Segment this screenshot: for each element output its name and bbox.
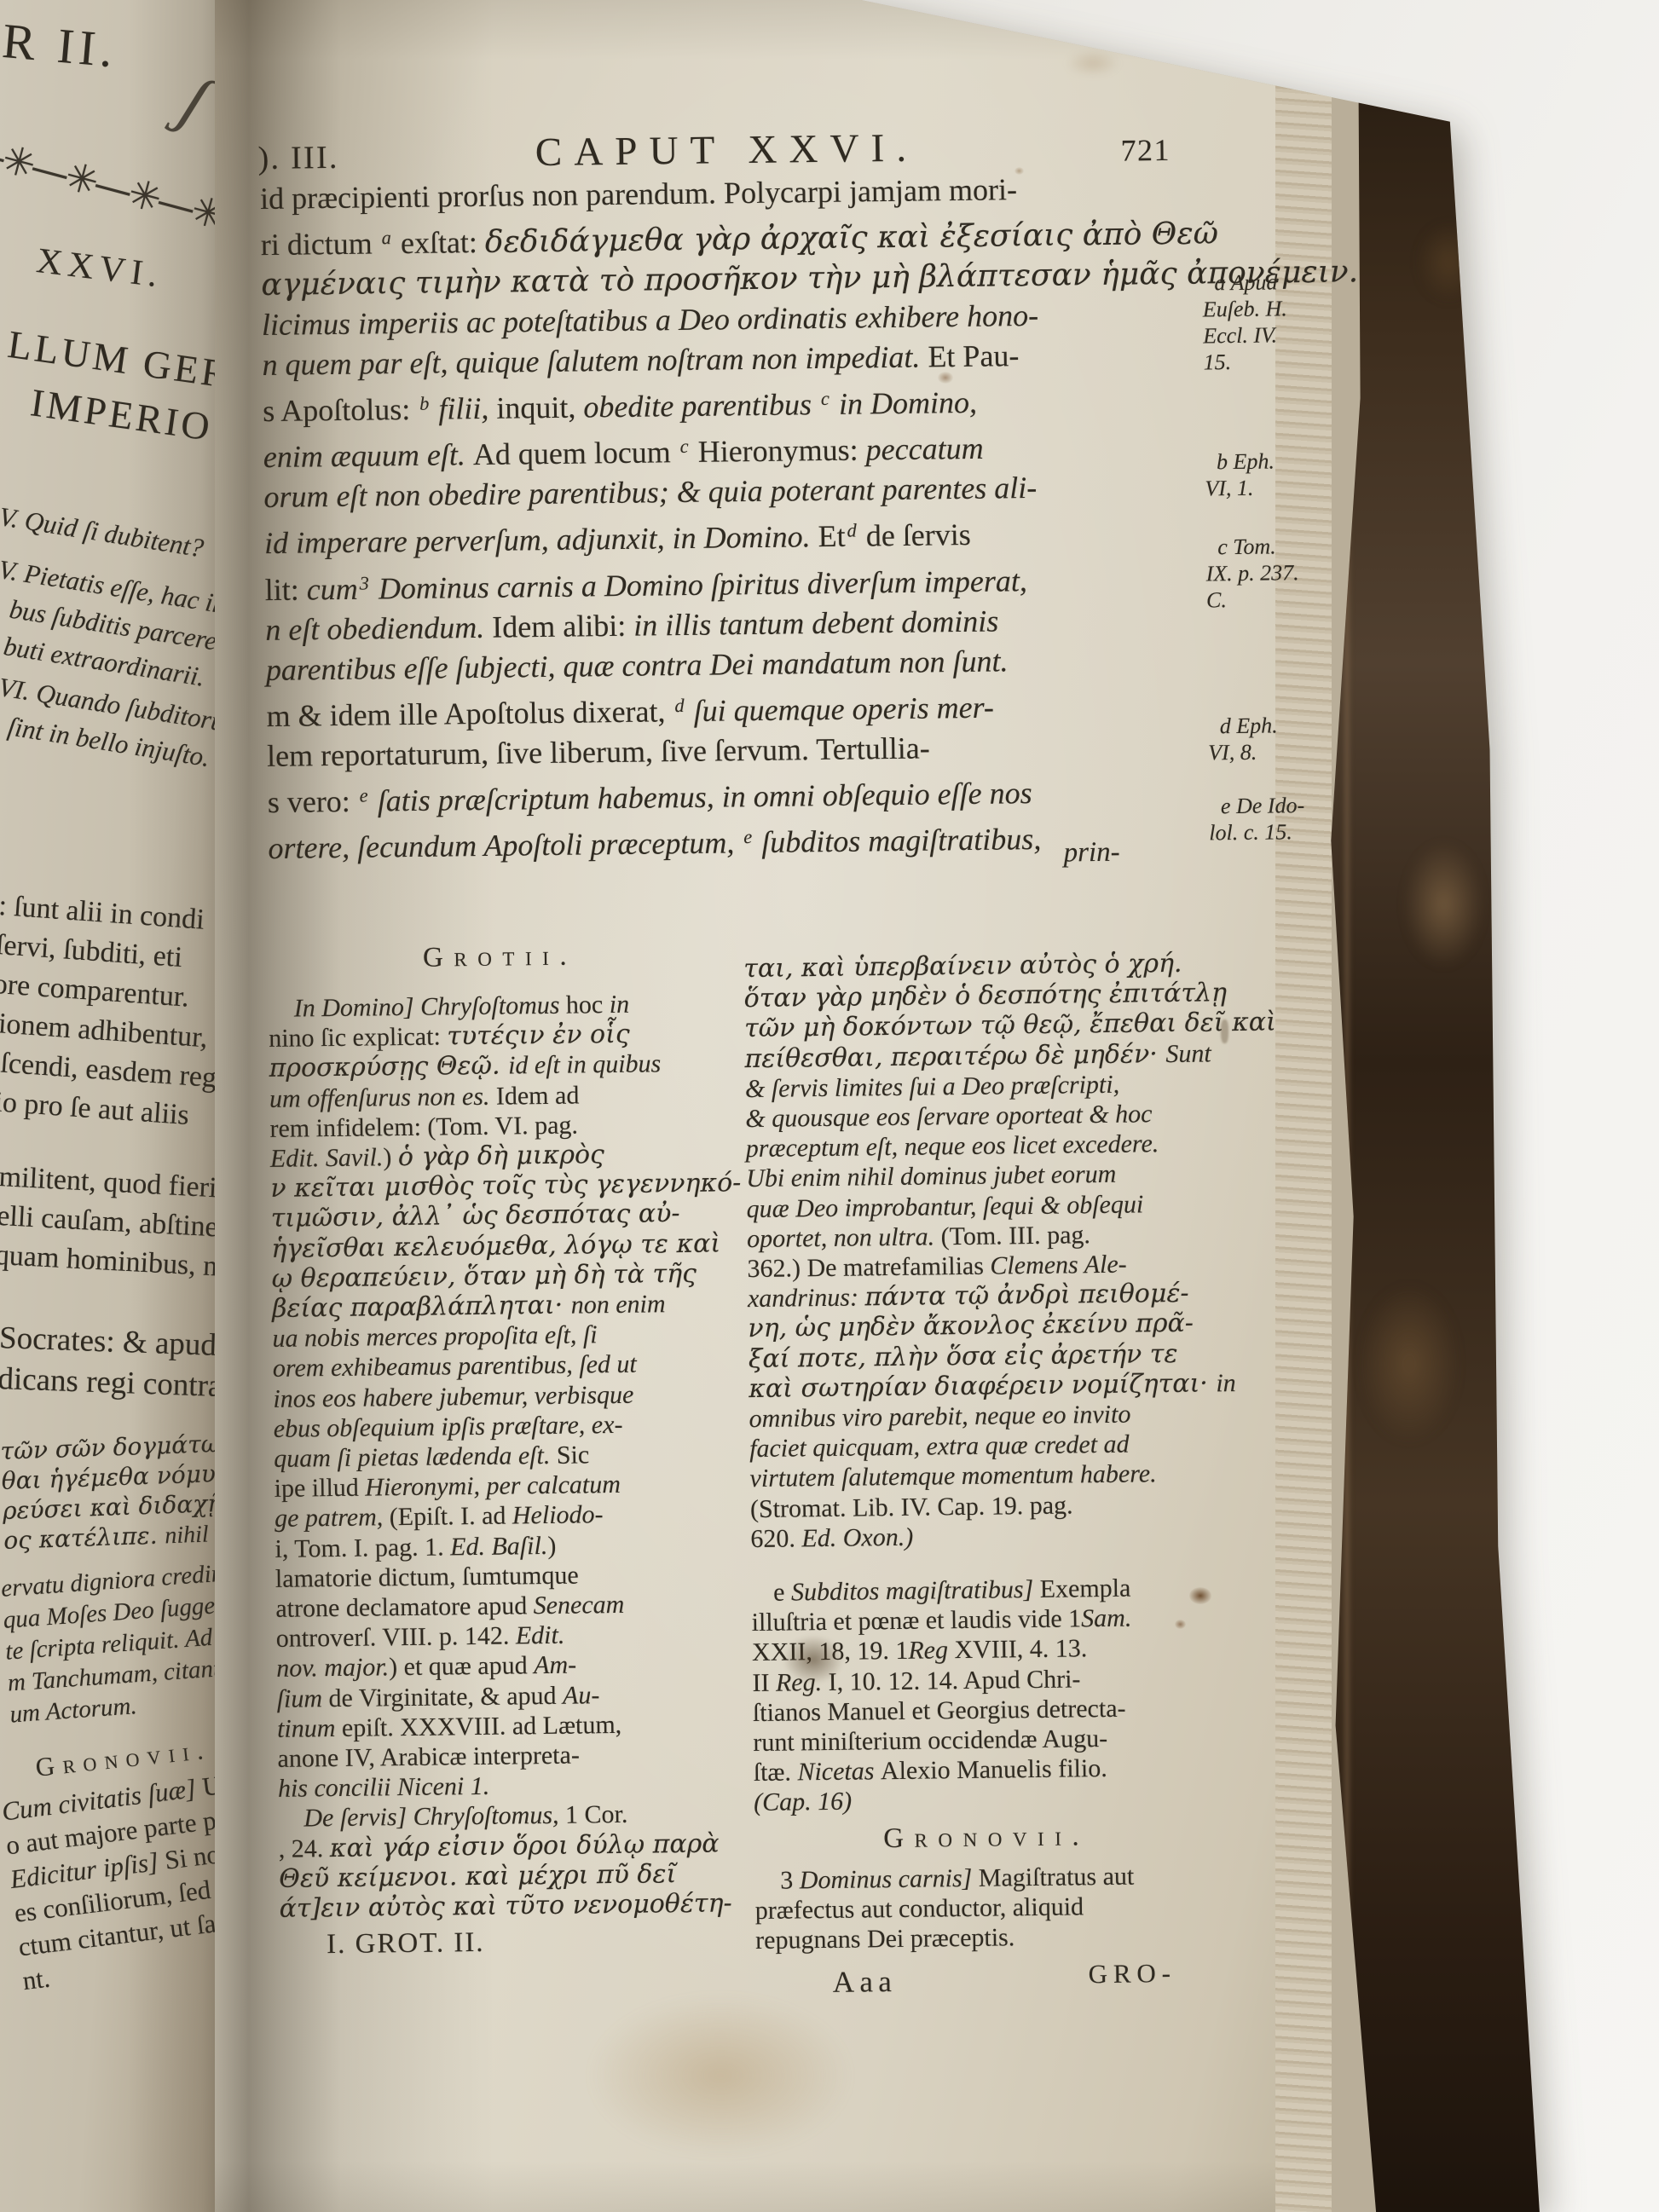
leather-marbling	[1417, 222, 1481, 303]
text-line: Euſeb. H.	[1203, 294, 1348, 322]
text-line: præfectus aut conductor, aliquid	[755, 1891, 1135, 1926]
grotii-commentary-column: In Domino] Chryſoſtomus hoc innino ſic e…	[269, 988, 750, 1924]
text-line: άτ]ειν αὐτὸς καὶ τῦτο νενομοθέτη-	[279, 1888, 749, 1924]
leather-marbling	[1358, 1283, 1460, 1445]
text-line: VI, 8.	[1208, 737, 1353, 765]
text-line: , 24. καὶ γάρ εἰσιν ὅροι δύλῳ παρὰ	[279, 1828, 749, 1864]
catchword: prin-	[1063, 837, 1119, 869]
text-line: c Tom.	[1217, 532, 1350, 560]
left-text-fragment: ervatu digniora credimuqua Moſes Deo ſug…	[0, 1556, 251, 1730]
left-text-fragment: : ſunt alii in condiſervi, ſubditi, etio…	[0, 887, 228, 1137]
left-text-fragment: militent, quod fieri ſelli cauſam, abſti…	[0, 1158, 251, 1288]
right-page-content: ). III. CAPUT XXVI. 721 id præcipienti p…	[257, 104, 1374, 2188]
book: R II. ʃ —✳—✳—✳—✳—✳— XXVI. LLUM GERATURIM…	[0, 0, 1659, 2212]
margin-note: b Eph.VI, 1.	[1205, 447, 1350, 501]
signature-mark: Aaa	[833, 1965, 898, 2000]
text-line: e Subditos magiſtratibus] Exempla	[751, 1574, 1131, 1608]
text-line: C.	[1206, 585, 1351, 613]
text-line: 620. Ed. Oxon.)	[750, 1517, 1282, 1554]
text-line: XXII, 18, 19. 1Reg XVIII, 4. 13.	[752, 1633, 1132, 1668]
margin-note: d Eph.VI, 8.	[1208, 711, 1354, 765]
text-line: ſtianos Manuel et Georgius detrecta-	[753, 1693, 1133, 1728]
photo-of-open-book: R II. ʃ —✳—✳—✳—✳—✳— XXVI. LLUM GERATURIM…	[0, 0, 1659, 2212]
page-number: 721	[1120, 132, 1171, 169]
text-line: VI, 1.	[1205, 473, 1350, 501]
text-line: lol. c. 15.	[1209, 817, 1354, 846]
text-line: illuſtria et pœnæ et laudis vide 1Sam.	[751, 1603, 1131, 1638]
text-line: II Reg. I, 10. 12. 14. Apud Chri-	[752, 1663, 1132, 1698]
catchword: GRO-	[1088, 1958, 1176, 1990]
text-line: 15.	[1203, 347, 1348, 375]
text-line: 3 Dominus carnis] Magiſtratus aut	[754, 1862, 1134, 1897]
margin-note: c Tom.IX. p. 237.C.	[1205, 532, 1351, 613]
text-line: runt miniſterium occidendæ Augu-	[753, 1724, 1133, 1759]
text-line: repugnans Dei præceptis.	[755, 1921, 1135, 1956]
swash-mark: ʃ	[171, 60, 220, 141]
right-commentary-column: ται, καὶ ὑπερβαίνειν αὐτὸς ὁ χρή.ὅταν γὰ…	[743, 947, 1282, 1554]
text-line: ſtæ. Nicetas Alexio Manuelis filio.	[754, 1753, 1134, 1788]
left-running-header: R II.	[0, 12, 120, 79]
text-line: d Eph.	[1220, 711, 1353, 739]
gronovii-heading: Gronovii.	[754, 1819, 1219, 1857]
margin-note: a ApudEuſeb. H.Eccl. IV.15.	[1202, 268, 1349, 375]
text-line: (Cap. 16)	[754, 1783, 1134, 1818]
right-commentary-column: e Subditos magiſtratibus] Exemplailluſtr…	[751, 1574, 1134, 1818]
text-line: a Apud	[1214, 268, 1347, 296]
text-line: b Eph.	[1217, 447, 1350, 475]
text-line: Eccl. IV.	[1203, 321, 1348, 349]
text-line: IX. p. 237.	[1205, 558, 1350, 586]
leather-marbling	[1403, 840, 1484, 968]
book-pages: R II. ʃ —✳—✳—✳—✳—✳— XXVI. LLUM GERATURIM…	[0, 0, 1659, 2212]
left-chapter-number: XXVI.	[34, 240, 165, 297]
main-text-block: id præcipienti prorſus non parendum. Pol…	[260, 165, 1366, 869]
text-line: ῳ θεραπεύειν, ὅταν μὴ δὴ τὰ τῆς	[271, 1258, 742, 1294]
gronovii-commentary: 3 Dominus carnis] Magiſtratus autpræfect…	[754, 1862, 1135, 1956]
grotii-heading: Grotii.	[268, 939, 732, 976]
text-line: e De Ido-	[1221, 791, 1354, 819]
volume-colophon: I. GROT. II.	[327, 1927, 485, 1961]
margin-note: e De Ido-lol. c. 15.	[1209, 791, 1355, 846]
